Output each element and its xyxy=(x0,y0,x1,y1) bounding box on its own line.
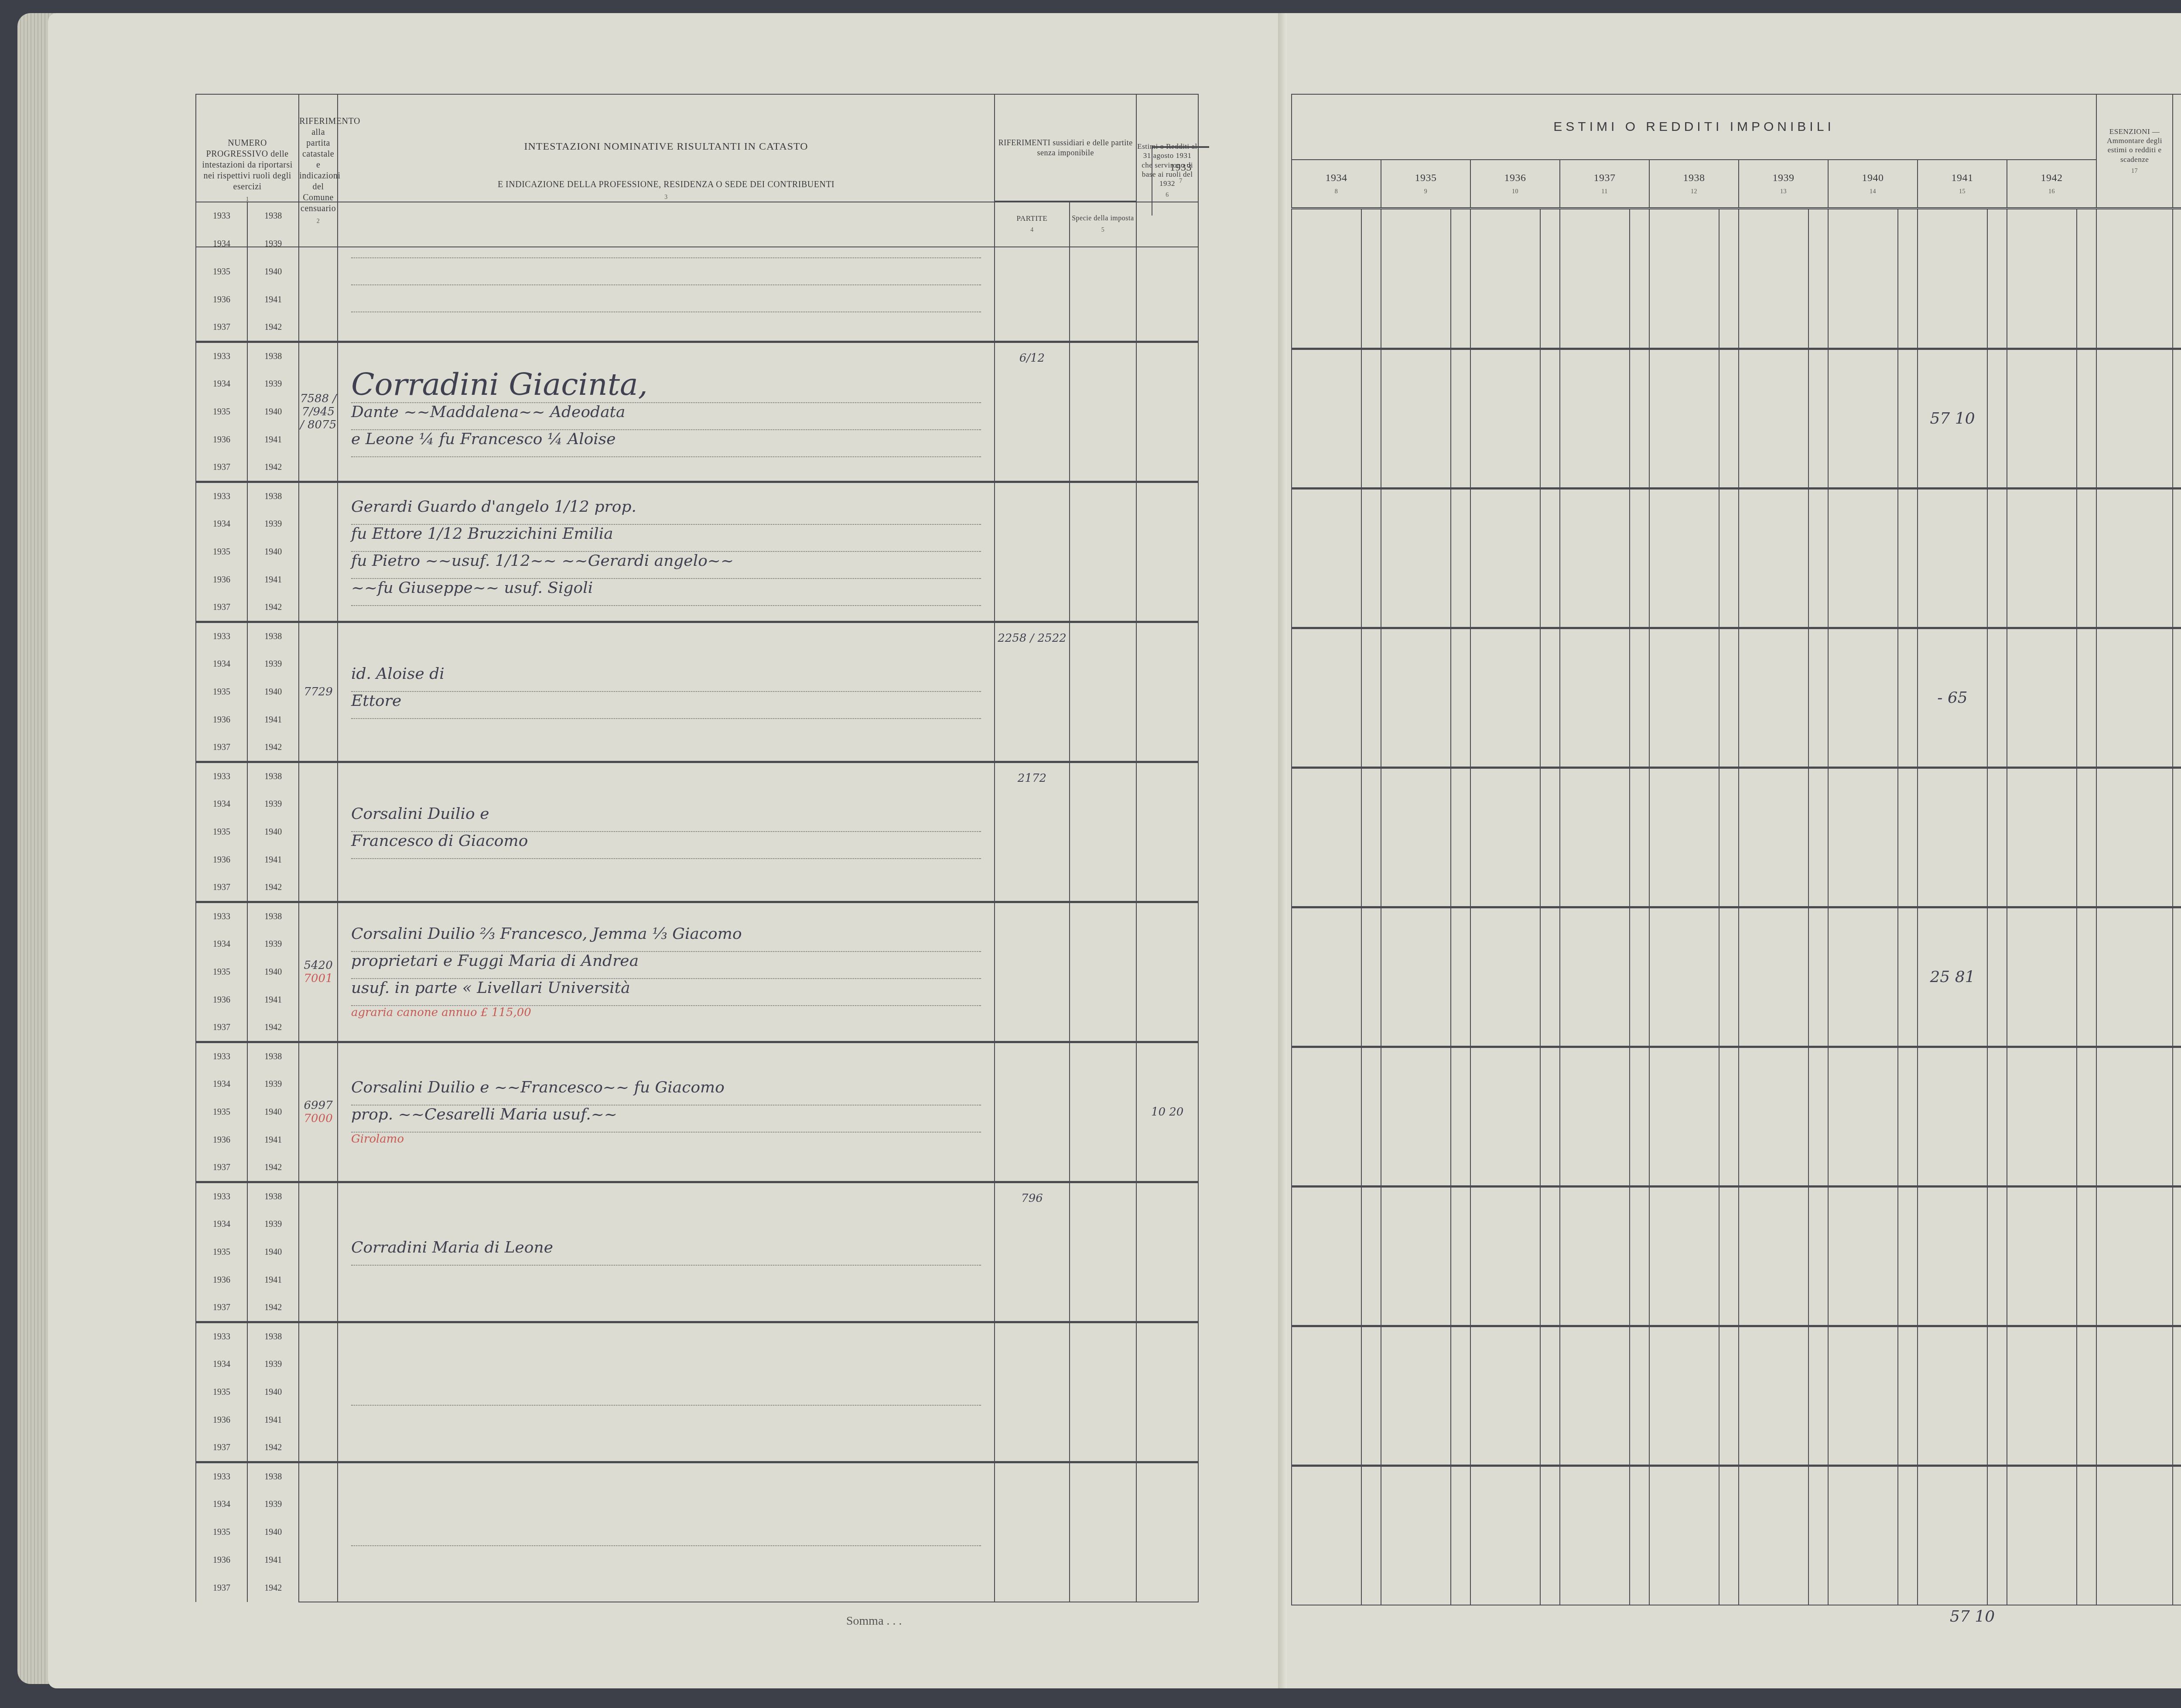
centesimi-cell xyxy=(1808,488,1828,628)
year-right: 1941 xyxy=(247,1406,299,1434)
year-left: 1936 xyxy=(196,1406,247,1434)
riferimento-cell xyxy=(299,1322,338,1462)
centesimi-cell xyxy=(1361,1047,1381,1186)
lire-cell xyxy=(2007,1186,2077,1326)
centesimi-cell xyxy=(1987,1465,2007,1605)
estimi-1931-cell xyxy=(1136,1322,1198,1462)
centesimi-cell xyxy=(1898,1186,1918,1326)
year-right: 1939 xyxy=(247,1070,299,1098)
intestazione-cell: Corsalini Duilio e ~~Francesco~~ fu Giac… xyxy=(338,1042,995,1182)
centesimi-cell xyxy=(2077,1047,2096,1186)
lire-cell xyxy=(1381,209,1451,349)
lire-cell xyxy=(1739,1186,1808,1326)
year-left: 1933 xyxy=(196,1042,247,1071)
annotazioni-cell xyxy=(2173,488,2181,628)
specie-cell xyxy=(1070,1462,1137,1602)
lire-cell xyxy=(1292,349,1361,488)
lire-cell: 25 81 xyxy=(1918,907,1987,1047)
annotazioni-cell xyxy=(2173,1186,2181,1326)
centesimi-cell xyxy=(1987,767,2007,907)
centesimi-cell xyxy=(2077,767,2096,907)
year-left: 1936 xyxy=(196,706,247,734)
riferimento-cell xyxy=(299,482,338,622)
ledger-row: 1933193854207001Corsalini Duilio ⅔ Franc… xyxy=(196,902,1198,931)
lire-cell xyxy=(1918,1326,1987,1465)
year-left: 1933 xyxy=(196,1322,247,1351)
year-left: 1934 xyxy=(196,230,247,258)
centesimi-cell xyxy=(1719,907,1739,1047)
riferimento-cell xyxy=(299,762,338,902)
lire-cell xyxy=(1649,907,1719,1047)
centesimi-cell xyxy=(2077,628,2096,767)
lire-cell xyxy=(1739,488,1808,628)
centesimi-cell xyxy=(1987,209,2007,349)
specie-cell xyxy=(1070,342,1137,482)
lire-cell xyxy=(1828,1465,1898,1605)
lire-cell xyxy=(2007,1047,2077,1186)
lire-cell xyxy=(1828,1047,1898,1186)
year-right: 1938 xyxy=(247,342,299,370)
year-right: 1939 xyxy=(247,230,299,258)
centesimi-cell xyxy=(1630,1047,1649,1186)
year-left: 1933 xyxy=(196,762,247,791)
lire-cell xyxy=(1381,1326,1451,1465)
centesimi-cell xyxy=(1719,209,1739,349)
centesimi-cell xyxy=(1898,488,1918,628)
estimi-1931-cell xyxy=(1136,342,1198,482)
lire-cell xyxy=(2007,1465,2077,1605)
year-right: 1941 xyxy=(247,1266,299,1294)
year-right: 1941 xyxy=(247,286,299,314)
centesimi-cell xyxy=(1898,1465,1918,1605)
header-year-1936: 193610 xyxy=(1470,160,1560,208)
centesimi-cell xyxy=(1987,628,2007,767)
lire-cell xyxy=(1649,1186,1719,1326)
year-left: 1937 xyxy=(196,1014,247,1042)
lire-cell xyxy=(1381,1047,1451,1186)
lire-cell xyxy=(1828,209,1898,349)
centesimi-cell xyxy=(1630,767,1649,907)
lire-cell xyxy=(1292,1186,1361,1326)
year-right: 1940 xyxy=(247,958,299,986)
centesimi-cell xyxy=(2077,209,2096,349)
header-year-1935: 19359 xyxy=(1381,160,1470,208)
lire-cell xyxy=(1649,767,1719,907)
centesimi-cell xyxy=(1451,1465,1470,1605)
centesimi-cell xyxy=(1540,628,1560,767)
year-left: 1933 xyxy=(196,342,247,370)
year-right: 1940 xyxy=(247,818,299,846)
centesimi-cell xyxy=(1361,1186,1381,1326)
year-right: 1941 xyxy=(247,426,299,454)
year-left: 1936 xyxy=(196,1266,247,1294)
riferimento-cell xyxy=(299,1182,338,1322)
centesimi-cell xyxy=(2077,1186,2096,1326)
lire-cell: - 65 xyxy=(1918,628,1987,767)
lire-cell xyxy=(2007,767,2077,907)
year-left: 1935 xyxy=(196,1238,247,1266)
year-right: 1942 xyxy=(247,594,299,622)
year-left: 1935 xyxy=(196,1378,247,1406)
year-left: 1937 xyxy=(196,1574,247,1602)
lire-cell xyxy=(2007,628,2077,767)
centesimi-cell xyxy=(1451,1326,1470,1465)
riferimento-cell xyxy=(299,1462,338,1602)
centesimi-cell xyxy=(1898,1326,1918,1465)
lire-cell xyxy=(1918,1047,1987,1186)
lire-cell xyxy=(1739,1047,1808,1186)
header-year-1941: 194115 xyxy=(1918,160,2007,208)
year-right: 1942 xyxy=(247,1014,299,1042)
year-right: 1942 xyxy=(247,874,299,902)
year-right: 1941 xyxy=(247,1546,299,1574)
centesimi-cell xyxy=(1808,1047,1828,1186)
centesimi-cell xyxy=(1808,1186,1828,1326)
esenzioni-cell xyxy=(2096,1047,2173,1186)
partite-cell xyxy=(995,1322,1069,1462)
lire-cell xyxy=(1649,1326,1719,1465)
year-right: 1942 xyxy=(247,454,299,482)
centesimi-cell xyxy=(1451,767,1470,907)
estimi-row xyxy=(1292,209,2181,349)
centesimi-cell xyxy=(1808,1326,1828,1465)
lire-cell xyxy=(1828,907,1898,1047)
year-right: 1941 xyxy=(247,566,299,594)
lire-cell xyxy=(1292,907,1361,1047)
specie-cell xyxy=(1070,902,1137,1042)
year-right: 1938 xyxy=(247,1042,299,1071)
year-right: 1941 xyxy=(247,1126,299,1154)
header-estimi-redditi-imponibili: ESTIMI O REDDITI IMPONIBILI xyxy=(1292,94,2096,160)
lire-cell xyxy=(1649,209,1719,349)
estimi-row: 25 81 xyxy=(1292,907,2181,1047)
esenzioni-cell xyxy=(2096,907,2173,1047)
centesimi-cell xyxy=(2077,349,2096,488)
year-left: 1935 xyxy=(196,1518,247,1546)
riferimento-cell xyxy=(299,202,338,342)
year-left: 1933 xyxy=(196,482,247,510)
year-left: 1933 xyxy=(196,1462,247,1491)
intestazione-cell: Gerardi Guardo d'angelo 1/12 prop.fu Ett… xyxy=(338,482,995,622)
year-left: 1934 xyxy=(196,1490,247,1518)
intestazione-cell xyxy=(338,1462,995,1602)
lire-cell xyxy=(1739,907,1808,1047)
lire-cell xyxy=(2007,349,2077,488)
partite-cell: 2258 / 2522 xyxy=(995,622,1069,762)
esenzioni-cell xyxy=(2096,1326,2173,1465)
centesimi-cell xyxy=(1630,488,1649,628)
partite-cell: 796 xyxy=(995,1182,1069,1322)
estimi-row xyxy=(1292,1186,2181,1326)
year-right: 1940 xyxy=(247,1518,299,1546)
year-right: 1940 xyxy=(247,678,299,706)
lire-cell xyxy=(1381,488,1451,628)
centesimi-cell xyxy=(1451,209,1470,349)
right-body-table: 57 10- 6525 81 xyxy=(1291,209,2181,1605)
intestazione-cell: Corsalini Duilio ⅔ Francesco, Jemma ⅓ Gi… xyxy=(338,902,995,1042)
year-right: 1938 xyxy=(247,202,299,230)
lire-cell xyxy=(1292,767,1361,907)
centesimi-cell xyxy=(1630,1465,1649,1605)
partite-cell: 6/12 xyxy=(995,342,1069,482)
esenzioni-cell xyxy=(2096,349,2173,488)
lire-cell xyxy=(1739,628,1808,767)
centesimi-cell xyxy=(2077,1326,2096,1465)
header-year-1940: 194014 xyxy=(1828,160,1918,208)
intestazione-cell: Corsalini Duilio eFrancesco di Giacomo xyxy=(338,762,995,902)
centesimi-cell xyxy=(1987,1326,2007,1465)
centesimi-cell xyxy=(1987,1047,2007,1186)
year-left: 1933 xyxy=(196,1182,247,1211)
lire-cell xyxy=(1470,1047,1540,1186)
header-riferimenti: RIFERIMENTI sussidiari e delle partite s… xyxy=(995,94,1136,201)
centesimi-cell xyxy=(1808,628,1828,767)
annotazioni-cell xyxy=(2173,209,2181,349)
year-left: 1934 xyxy=(196,790,247,818)
ledger-row: 19331938Corsalini Duilio eFrancesco di G… xyxy=(196,762,1198,791)
ledger-row: 19331938Corradini Maria di Leone796 xyxy=(196,1182,1198,1211)
year-left: 1934 xyxy=(196,930,247,958)
year-right: 1939 xyxy=(247,790,299,818)
year-right: 1940 xyxy=(247,538,299,566)
estimi-1931-cell xyxy=(1136,762,1198,902)
centesimi-cell xyxy=(1630,349,1649,488)
centesimi-cell xyxy=(1361,488,1381,628)
lire-cell xyxy=(1739,1326,1808,1465)
year-right: 1939 xyxy=(247,510,299,538)
lire-cell xyxy=(1470,628,1540,767)
header-year-1937: 193711 xyxy=(1560,160,1649,208)
year-right: 1938 xyxy=(247,622,299,650)
lire-cell xyxy=(1918,767,1987,907)
lire-cell xyxy=(1560,488,1630,628)
lire-cell xyxy=(1292,628,1361,767)
lire-cell xyxy=(1560,1326,1630,1465)
estimi-1931-cell xyxy=(1136,202,1198,342)
riferimento-cell: 69977000 xyxy=(299,1042,338,1182)
year-right: 1939 xyxy=(247,650,299,678)
riferimento-cell: 7729 xyxy=(299,622,338,762)
lire-cell xyxy=(1381,1186,1451,1326)
centesimi-cell xyxy=(1808,1465,1828,1605)
year-left: 1935 xyxy=(196,1098,247,1126)
partite-cell: 2172 xyxy=(995,762,1069,902)
year-right: 1939 xyxy=(247,1210,299,1238)
riferimento-cell: 7588 / 7/945 / 8075 xyxy=(299,342,338,482)
centesimi-cell xyxy=(1719,1047,1739,1186)
centesimi-cell xyxy=(1898,349,1918,488)
esenzioni-cell xyxy=(2096,1465,2173,1605)
ledger-row: 193319387729id. Aloise diEttore2258 / 25… xyxy=(196,622,1198,650)
year-left: 1935 xyxy=(196,538,247,566)
centesimi-cell xyxy=(1451,349,1470,488)
centesimi-cell xyxy=(1540,209,1560,349)
year-left: 1935 xyxy=(196,958,247,986)
year-right: 1939 xyxy=(247,1490,299,1518)
year-left: 1935 xyxy=(196,398,247,426)
lire-cell xyxy=(1739,209,1808,349)
centesimi-cell xyxy=(1361,907,1381,1047)
year-left: 1937 xyxy=(196,874,247,902)
estimi-row xyxy=(1292,1047,2181,1186)
lire-cell xyxy=(2007,907,2077,1047)
left-body-table: 1933193819341939193519401936194119371942… xyxy=(195,202,1199,1602)
centesimi-cell xyxy=(1451,907,1470,1047)
esenzioni-cell xyxy=(2096,209,2173,349)
centesimi-cell xyxy=(1630,209,1649,349)
centesimi-cell xyxy=(1719,628,1739,767)
lire-cell xyxy=(1560,1465,1630,1605)
lire-cell xyxy=(1918,1465,1987,1605)
header-year-1934: 19348 xyxy=(1292,160,1381,208)
year-left: 1934 xyxy=(196,1210,247,1238)
lire-cell xyxy=(1828,628,1898,767)
partite-cell xyxy=(995,1462,1069,1602)
year-right: 1941 xyxy=(247,986,299,1014)
specie-cell xyxy=(1070,482,1137,622)
year-left: 1934 xyxy=(196,1070,247,1098)
lire-cell xyxy=(1918,488,1987,628)
specie-cell xyxy=(1070,622,1137,762)
estimi-1931-cell xyxy=(1136,1182,1198,1322)
year-right: 1938 xyxy=(247,902,299,931)
centesimi-cell xyxy=(1898,209,1918,349)
centesimi-cell xyxy=(1540,907,1560,1047)
centesimi-cell xyxy=(1361,209,1381,349)
centesimi-cell xyxy=(2077,488,2096,628)
lire-cell xyxy=(1292,488,1361,628)
year-left: 1937 xyxy=(196,1294,247,1322)
lire-cell xyxy=(1739,349,1808,488)
ledger-row: 19331938 xyxy=(196,1322,1198,1351)
lire-cell xyxy=(1828,349,1898,488)
intestazione-cell xyxy=(338,1322,995,1462)
centesimi-cell xyxy=(1898,767,1918,907)
centesimi-cell xyxy=(2077,1465,2096,1605)
ledger-row: 19331938 xyxy=(196,202,1198,230)
year-left: 1937 xyxy=(196,454,247,482)
year-right: 1939 xyxy=(247,370,299,398)
lire-cell xyxy=(1649,349,1719,488)
year-left: 1934 xyxy=(196,1350,247,1378)
centesimi-cell xyxy=(1361,767,1381,907)
year-left: 1937 xyxy=(196,314,247,342)
lire-cell xyxy=(2007,209,2077,349)
year-left: 1937 xyxy=(196,594,247,622)
year-left: 1936 xyxy=(196,286,247,314)
right-header-table: ESTIMI O REDDITI IMPONIBILI ESENZIONI — … xyxy=(1291,94,2181,208)
ledger-row: 19331938Gerardi Guardo d'angelo 1/12 pro… xyxy=(196,482,1198,510)
lire-cell xyxy=(2007,488,2077,628)
centesimi-cell xyxy=(1540,1465,1560,1605)
year-right: 1939 xyxy=(247,930,299,958)
year-left: 1933 xyxy=(196,202,247,230)
estimi-1931-cell xyxy=(1136,622,1198,762)
estimi-row xyxy=(1292,488,2181,628)
centesimi-cell xyxy=(1719,349,1739,488)
year-left: 1933 xyxy=(196,902,247,931)
centesimi-cell xyxy=(2077,907,2096,1047)
header-year-1942: 194216 xyxy=(2007,160,2096,208)
lire-cell xyxy=(1828,1186,1898,1326)
year-left: 1937 xyxy=(196,1154,247,1182)
centesimi-cell xyxy=(1451,1186,1470,1326)
year-left: 1935 xyxy=(196,258,247,286)
lire-cell xyxy=(1828,1326,1898,1465)
header-year-1938: 193812 xyxy=(1649,160,1739,208)
annotazioni-cell xyxy=(2173,1465,2181,1605)
centesimi-cell xyxy=(1808,767,1828,907)
somma-label: Somma . . . xyxy=(846,1614,902,1628)
year-right: 1939 xyxy=(247,1350,299,1378)
centesimi-cell xyxy=(1898,628,1918,767)
year-left: 1933 xyxy=(196,622,247,650)
centesimi-cell xyxy=(1987,349,2007,488)
year-right: 1942 xyxy=(247,1434,299,1462)
year-left: 1934 xyxy=(196,650,247,678)
lire-cell xyxy=(1381,767,1451,907)
header-esenzioni: ESENZIONI — Ammontare degli estimi o red… xyxy=(2096,94,2173,208)
lire-cell xyxy=(1739,1465,1808,1605)
lire-cell xyxy=(1470,907,1540,1047)
ledger-row: 1933193869977000Corsalini Duilio e ~~Fra… xyxy=(196,1042,1198,1071)
lire-cell xyxy=(1560,1186,1630,1326)
year-left: 1936 xyxy=(196,986,247,1014)
year-right: 1942 xyxy=(247,1294,299,1322)
lire-cell xyxy=(1560,209,1630,349)
year-right: 1940 xyxy=(247,1098,299,1126)
year-left: 1936 xyxy=(196,1546,247,1574)
lire-cell xyxy=(1292,1465,1361,1605)
intestazione-cell: Corradini Giacinta,Dante ~~Maddalena~~ A… xyxy=(338,342,995,482)
lire-cell xyxy=(1292,1326,1361,1465)
centesimi-cell xyxy=(1540,767,1560,907)
centesimi-cell xyxy=(1808,907,1828,1047)
estimi-1931-cell xyxy=(1136,482,1198,622)
lire-cell xyxy=(1828,767,1898,907)
partite-cell xyxy=(995,1042,1069,1182)
year-left: 1936 xyxy=(196,426,247,454)
annotazioni-cell xyxy=(2173,1047,2181,1186)
lire-cell: 57 10 xyxy=(1918,349,1987,488)
annotazioni-cell xyxy=(2173,1326,2181,1465)
estimi-row: - 65 xyxy=(1292,628,2181,767)
year-right: 1938 xyxy=(247,762,299,791)
lire-cell xyxy=(1470,349,1540,488)
ledger-row: 193319387588 / 7/945 / 8075Corradini Gia… xyxy=(196,342,1198,370)
lire-cell xyxy=(1470,1326,1540,1465)
lire-cell xyxy=(1918,1186,1987,1326)
centesimi-cell xyxy=(1451,1047,1470,1186)
annotazioni-cell xyxy=(2173,907,2181,1047)
centesimi-cell xyxy=(1361,628,1381,767)
year-left: 1936 xyxy=(196,1126,247,1154)
year-right: 1941 xyxy=(247,846,299,874)
year-right: 1938 xyxy=(247,1182,299,1211)
lire-cell xyxy=(1649,1047,1719,1186)
lire-cell xyxy=(1381,628,1451,767)
centesimi-cell xyxy=(1808,349,1828,488)
centesimi-cell xyxy=(1987,907,2007,1047)
centesimi-cell xyxy=(1808,209,1828,349)
year-right: 1941 xyxy=(247,706,299,734)
centesimi-cell xyxy=(1361,1465,1381,1605)
year-right: 1940 xyxy=(247,258,299,286)
partite-cell xyxy=(995,202,1069,342)
centesimi-cell xyxy=(1719,1465,1739,1605)
year-right: 1942 xyxy=(247,314,299,342)
lire-cell xyxy=(1649,1465,1719,1605)
